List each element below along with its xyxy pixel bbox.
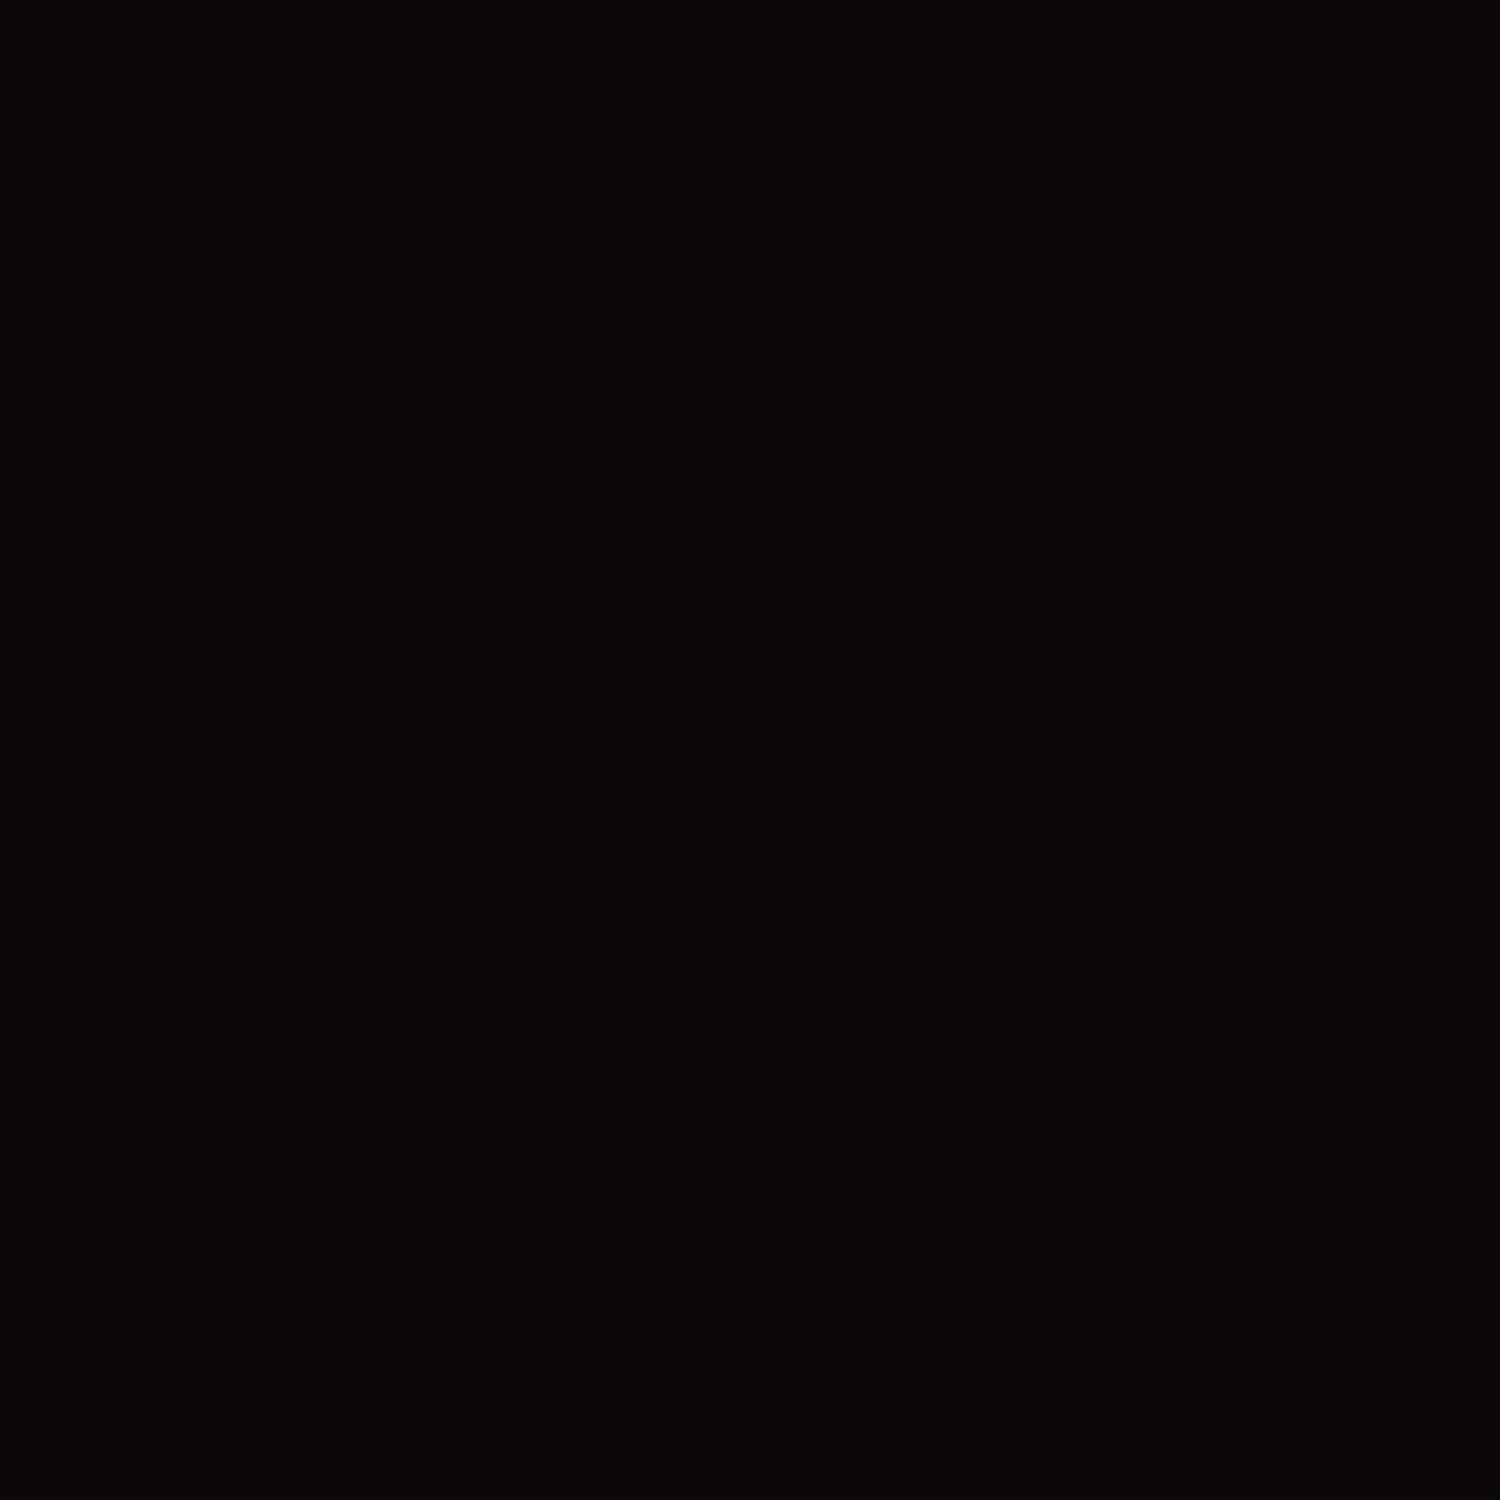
background-shadow bbox=[0, 0, 1500, 1500]
